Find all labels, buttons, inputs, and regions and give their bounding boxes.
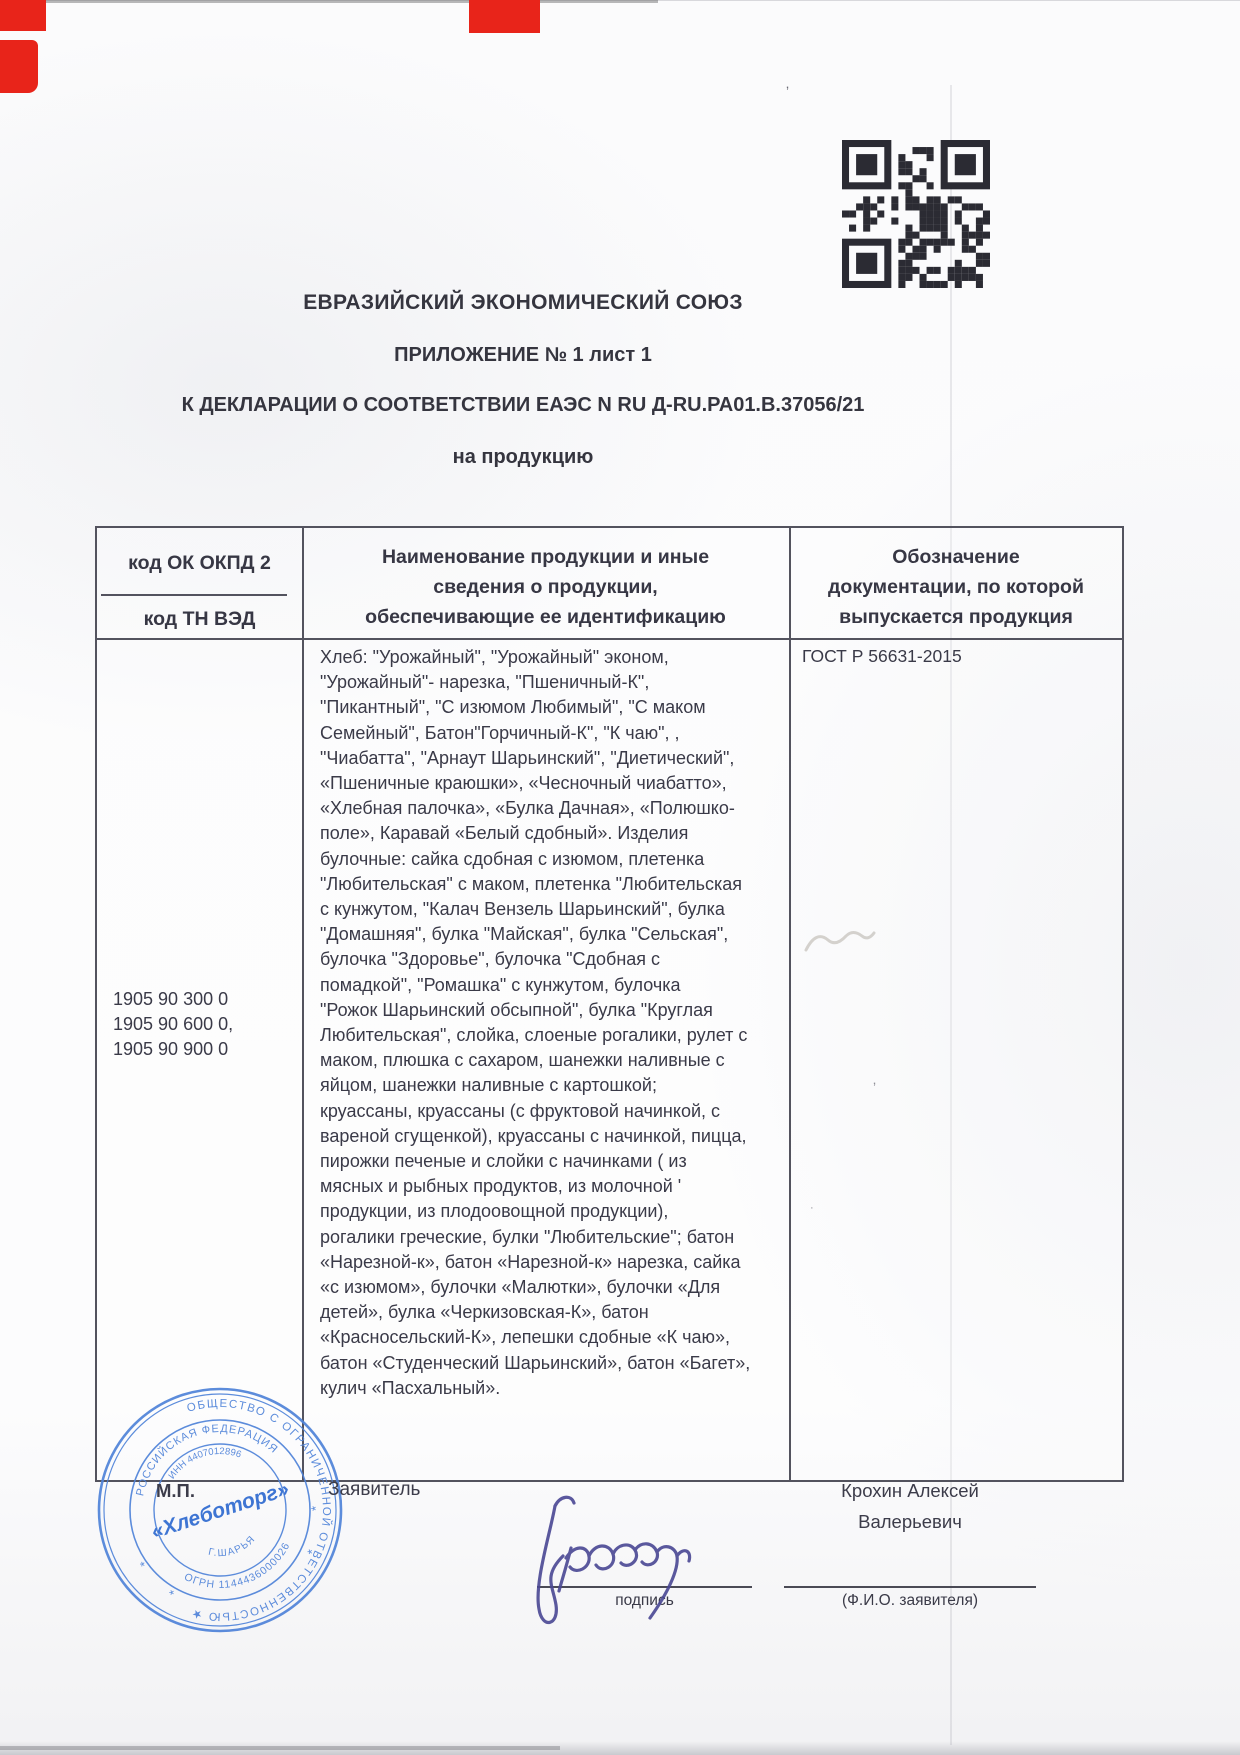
heading-union: ЕВРАЗИЙСКИЙ ЭКОНОМИЧЕСКИЙ СОЮЗ (0, 291, 1046, 315)
scan-red-mark (0, 0, 46, 31)
fio-caption: (Ф.И.О. заявителя) (784, 1592, 1036, 1610)
document-page: ʼ ʼ · ЕВРАЗИЙСКИЙ ЭКОНОМИЧЕСКИЙ СОЮЗ ПРИ… (0, 0, 1240, 1755)
header-documentation: Обозначениедокументации, по которойвыпус… (797, 542, 1115, 632)
cell-codes: 1905 90 300 01905 90 600 0,1905 90 900 0 (113, 987, 298, 1062)
fio-line (784, 1586, 1036, 1588)
table-column-divider (302, 528, 304, 1480)
applicant-name-line1: Крохин Алексей (784, 1475, 1036, 1506)
scan-bottom-edge (0, 1746, 560, 1750)
heading-appendix: ПРИЛОЖЕНИЕ № 1 лист 1 (0, 344, 1046, 367)
qr-code (842, 140, 990, 288)
header-tnved-code: код ТН ВЭД (97, 604, 302, 634)
table-header-divider (97, 638, 1122, 640)
applicant-name: Крохин Алексей Валерьевич (784, 1475, 1036, 1537)
applicant-name-line2: Валерьевич (784, 1506, 1036, 1537)
cell-product-description: Хлеб: "Урожайный", "Урожайный" эконом,"У… (320, 645, 785, 1401)
stamp-place-label: М.П. (156, 1480, 195, 1502)
header-okpd-code: код ОК ОКПД 2 (97, 548, 302, 578)
heading-declaration-number: К ДЕКЛАРАЦИИ О СООТВЕТСТВИИ ЕАЭС N RU Д-… (0, 394, 1046, 417)
stamp-star: * (310, 1502, 319, 1518)
header-code-separator (101, 594, 287, 596)
handwritten-signature (470, 1488, 710, 1648)
table-column-divider (789, 528, 791, 1480)
scan-red-mark (0, 40, 38, 93)
header-product-name: Наименование продукции и иныесведения о … (312, 542, 779, 632)
cell-gost-reference: ГОСТ Р 56631-2015 (802, 646, 962, 667)
products-table: код ОК ОКПД 2 код ТН ВЭД Наименование пр… (95, 526, 1124, 1482)
scan-top-edge-shadow (8, 0, 658, 3)
scan-speck: ʼ (786, 84, 789, 100)
heading-for-products: на продукцию (0, 446, 1046, 469)
scan-red-mark (469, 0, 540, 33)
company-stamp: ОБЩЕСТВО С ОГРАНИЧЕННОЙ ОТВЕТСТВЕННОСТЬЮ… (94, 1384, 346, 1636)
stamp-city-text: Г.ШАРЬЯ (204, 1532, 260, 1565)
applicant-label: Заявитель (328, 1479, 420, 1501)
